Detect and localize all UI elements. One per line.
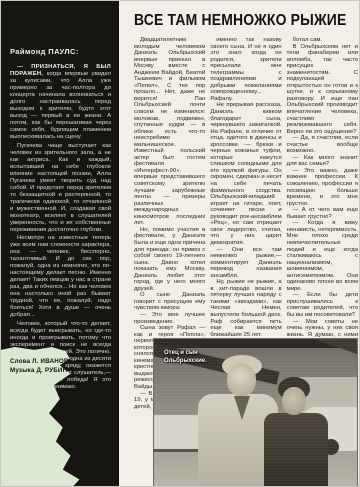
- interview-lead-rest: когда впервые увидел за кулисами, что Ал…: [10, 71, 111, 140]
- interview-text: — ПРИЗНАТЬСЯ, Я БЫЛ ПОРАЖЕН, когда вперв…: [10, 64, 111, 392]
- magazine-page: Раймонд ПАУЛС: — ПРИЗНАТЬСЯ, Я БЫЛ ПОРАЖ…: [0, 0, 360, 487]
- page-title: ВСЕ ТАМ НЕМНОЖКО РЫЖИЕ: [134, 12, 336, 30]
- article-column-3-text: ботал сам.В Ольбрыхском нет и тени фанаб…: [287, 37, 358, 371]
- interview-speaker: Раймонд ПАУЛС:: [10, 47, 79, 56]
- photo-olbrychski: Отец и сын Ольбрыхские.: [153, 338, 358, 487]
- interview-lead-paragraph: — ПРИЗНАТЬСЯ, Я БЫЛ ПОРАЖЕН, когда вперв…: [10, 64, 111, 141]
- photo-caption: Отец и сын Ольбрыхские.: [164, 350, 224, 365]
